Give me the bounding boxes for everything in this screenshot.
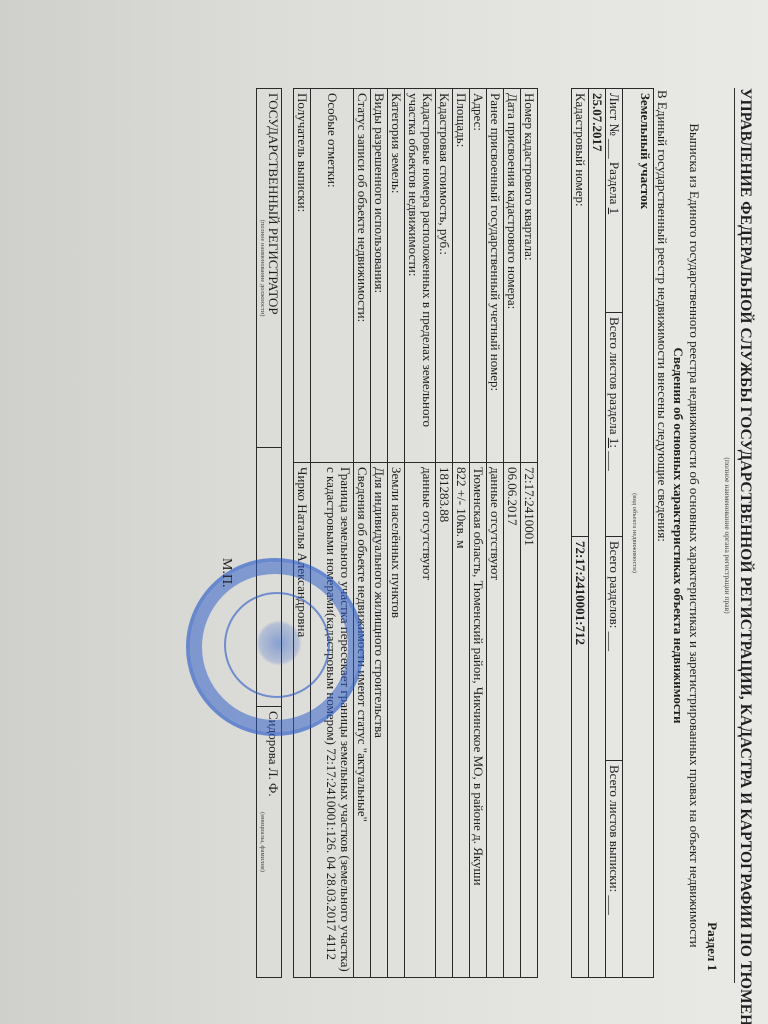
document-page: УПРАВЛЕНИЕ ФЕДЕРАЛЬНОЙ СЛУЖБЫ ГОСУДАРСТВ… bbox=[194, 88, 754, 983]
field-value: данные отсутствуют bbox=[405, 463, 436, 978]
official-seal-stamp bbox=[186, 558, 364, 736]
field-value: 06.06.2017 bbox=[504, 463, 521, 978]
seal-emblem-icon bbox=[256, 620, 302, 666]
table-row: Номер кадастрового квартала: 72:17:24100… bbox=[521, 89, 538, 978]
table-row: Статус записи об объекте недвижимости: С… bbox=[354, 89, 371, 978]
field-value: Земли населённых пунктов bbox=[388, 463, 405, 978]
total-sheets-extract-label: Всего листов выписки: ___ bbox=[607, 765, 622, 915]
extract-date: 25.07.2017 bbox=[590, 93, 605, 152]
registrar-name: Сидорова Л. Ф. bbox=[266, 711, 280, 973]
table-row: Ранее присвоенный государственный учетны… bbox=[487, 89, 504, 978]
section-label: Раздел 1 bbox=[704, 922, 720, 971]
object-type-cell: Земельный участок (вид объекта недвижимо… bbox=[623, 89, 654, 978]
extract-title: Выписка из Единого государственного реес… bbox=[686, 88, 702, 983]
total-sections-label: Всего разделов: ___ bbox=[607, 541, 622, 651]
total-sections-cell: Всего разделов: ___ bbox=[606, 537, 623, 761]
table-row: Площадь: 822 +/- 10кв. м bbox=[453, 89, 470, 978]
registrar-position-caption: (полное наименование должности) bbox=[258, 93, 266, 443]
registrar-position: ГОСУДАРСТВЕННЫЙ РЕГИСТРАТОР bbox=[266, 93, 280, 443]
field-value: Сведения об объекте недвижимости имеют с… bbox=[354, 463, 371, 978]
field-label: Особые отметки: bbox=[311, 89, 354, 463]
field-label: Кадастровая стоимость, руб.: bbox=[436, 89, 453, 463]
field-label: Виды разрешенного использования: bbox=[371, 89, 388, 463]
table-row: Виды разрешенного использования: Для инд… bbox=[371, 89, 388, 978]
field-label: Статус записи об объекте недвижимости: bbox=[354, 89, 371, 463]
authority-name: УПРАВЛЕНИЕ ФЕДЕРАЛЬНОЙ СЛУЖБЫ ГОСУДАРСТВ… bbox=[734, 88, 754, 983]
field-value: Для индивидуального жилищного строительс… bbox=[371, 463, 388, 978]
sheet-no-label: Лист № ___ Раздела bbox=[607, 93, 622, 204]
field-value: Тюменская область, Тюменский район, Чикч… bbox=[470, 463, 487, 978]
cadastral-number: 72:17:2410001:712 bbox=[573, 541, 588, 645]
object-type: Земельный участок bbox=[638, 93, 652, 973]
table-row: Особые отметки: Граница земельного участ… bbox=[311, 89, 354, 978]
cadastral-number-label-cell: Кадастровый номер: bbox=[572, 89, 589, 537]
object-header-table: Земельный участок (вид объекта недвижимо… bbox=[571, 88, 654, 978]
table-row: Кадастровая стоимость, руб.: 181283.88 bbox=[436, 89, 453, 978]
total-sheets-section-cell: Всего листов раздела 1: ___ bbox=[606, 313, 623, 537]
total-sheets-section-label: Всего листов раздела bbox=[607, 317, 622, 435]
field-label: Ранее присвоенный государственный учетны… bbox=[487, 89, 504, 463]
field-value: 72:17:2410001 bbox=[521, 463, 538, 978]
extract-intro: В Единый государственный реестр недвижим… bbox=[654, 90, 670, 542]
field-value: данные отсутствуют bbox=[487, 463, 504, 978]
table-row: Кадастровые номера расположенных в преде… bbox=[405, 89, 436, 978]
table-row: Получатель выписки: Чирко Наталья Алекса… bbox=[294, 89, 311, 978]
registrar-name-cell: Сидорова Л. Ф. (инициалы, фамилия) bbox=[257, 707, 282, 978]
field-label: Получатель выписки: bbox=[294, 89, 311, 463]
field-label: Кадастровые номера расположенных в преде… bbox=[405, 89, 436, 463]
total-sheets-section-value: 1: bbox=[607, 438, 622, 448]
characteristics-table: Номер кадастрового квартала: 72:17:24100… bbox=[293, 88, 538, 978]
field-label: Номер кадастрового квартала: bbox=[521, 89, 538, 463]
registrar-position-cell: ГОСУДАРСТВЕННЫЙ РЕГИСТРАТОР (полное наим… bbox=[257, 89, 282, 448]
registrar-name-caption: (инициалы, фамилия) bbox=[258, 711, 266, 973]
table-row: Адрес: Тюменская область, Тюменский райо… bbox=[470, 89, 487, 978]
field-label: Площадь: bbox=[453, 89, 470, 463]
cadastral-number-value-cell: 72:17:2410001:712 bbox=[572, 537, 589, 978]
field-label: Дата присвоения кадастрового номера: bbox=[504, 89, 521, 463]
sheet-no-cell: Лист № ___ Раздела 1 bbox=[606, 89, 623, 313]
field-value: 822 +/- 10кв. м bbox=[453, 463, 470, 978]
object-type-caption: (вид объекта недвижимости) bbox=[630, 93, 638, 973]
field-label: Категория земель: bbox=[388, 89, 405, 463]
signature-table: ГОСУДАРСТВЕННЫЙ РЕГИСТРАТОР (полное наим… bbox=[256, 88, 282, 978]
sheet-section-value: 1 bbox=[607, 208, 622, 215]
total-sheets-extract-cell: Всего листов выписки: ___ bbox=[606, 761, 623, 978]
seal-place-label: М.П. bbox=[218, 558, 234, 588]
table-row: Категория земель: Земли населённых пункт… bbox=[388, 89, 405, 978]
extract-subtitle: Сведения об основных характеристиках объ… bbox=[670, 88, 686, 983]
cadastral-number-label: Кадастровый номер: bbox=[573, 93, 588, 207]
field-label: Адрес: bbox=[470, 89, 487, 463]
authority-caption: (полное наименование органа регистрации … bbox=[723, 88, 732, 983]
date-cell: 25.07.2017 bbox=[589, 89, 606, 978]
field-value: 181283.88 bbox=[436, 463, 453, 978]
table-row: Дата присвоения кадастрового номера: 06.… bbox=[504, 89, 521, 978]
